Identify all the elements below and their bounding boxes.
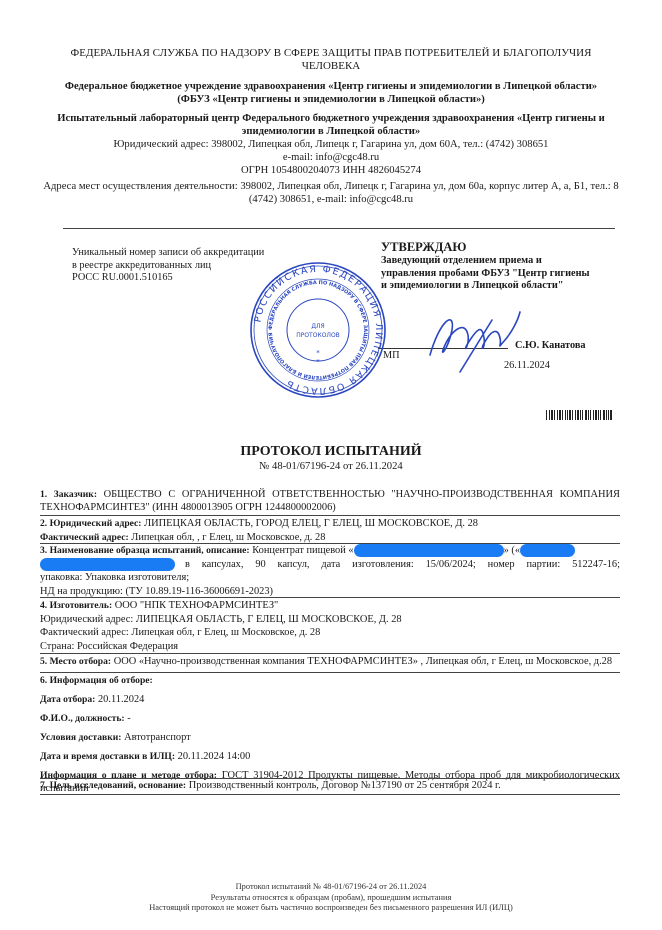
accreditation-number: РОСС RU.0001.510165	[72, 272, 264, 285]
official-stamp-icon: РОССИЙСКАЯ ФЕДЕРАЦИЯ ЛИПЕЦКАЯ ОБЛАСТЬ ФЕ…	[248, 260, 388, 400]
section-sampling-place: 5. Место отбора: ООО «Научно-производств…	[40, 655, 620, 669]
approval-block: УТВЕРЖДАЮ Заведующий отделением приема и…	[381, 240, 590, 293]
approval-line-2: управления пробами ФБУЗ "Центр гигиены	[381, 268, 590, 281]
institution-full-name: Федеральное бюджетное учреждение здравоо…	[40, 80, 622, 93]
sample-value-mid: » («	[504, 545, 520, 556]
section-divider	[40, 672, 620, 673]
purpose-label: 7. Цель исследований, основание:	[40, 780, 186, 791]
institution-short-name: (ФБУЗ «Центр гигиены и эпидемиологии в Л…	[40, 93, 622, 106]
manufacturer-legal-value: ЛИПЕЦКАЯ ОБЛАСТЬ, Г ЕЛЕЦ, Ш МОСКОВСКОЕ, …	[136, 614, 402, 625]
delivery-conditions-label: Условия доставки:	[40, 732, 121, 743]
institution-block: Федеральное бюджетное учреждение здравоо…	[40, 80, 622, 106]
section-divider	[40, 515, 620, 516]
sample-nd: НД на продукцию: (ТУ 10.89.19-116-360066…	[40, 585, 620, 599]
lab-block: Испытательный лабораторный центр Федерал…	[40, 112, 622, 177]
customer-label: 1. Заказчик:	[40, 489, 97, 500]
manufacturer-legal-label: Юридический адрес:	[40, 614, 133, 625]
sampling-place-value: ООО «Научно-производственная компания ТЕ…	[114, 656, 612, 667]
header-divider	[63, 228, 615, 229]
manufacturer-actual-label: Фактический адрес:	[40, 627, 129, 638]
sampling-info-label: 6. Информация об отборе:	[40, 674, 620, 687]
footer-reproduction-note: Настоящий протокол не может быть частичн…	[0, 903, 662, 914]
protocol-title: ПРОТОКОЛ ИСПЫТАНИЙ	[0, 443, 662, 460]
delivery-time-value: 20.11.2024 14:00	[178, 751, 251, 762]
section-divider	[40, 597, 620, 598]
sample-packaging: упаковка: Упаковка изготовителя;	[40, 571, 620, 585]
approval-title: УТВЕРЖДАЮ	[381, 240, 590, 255]
section-divider	[40, 794, 620, 795]
lab-legal-address: Юридический адрес: 398002, Липецкая обл,…	[40, 138, 622, 151]
delivery-conditions-value: Автотранспорт	[124, 732, 191, 743]
section-divider	[40, 778, 620, 779]
manufacturer-country-value: Российская Федерация	[77, 641, 178, 652]
section-customer: 1. Заказчик: ОБЩЕСТВО С ОГРАНИЧЕННОЙ ОТВ…	[40, 489, 620, 514]
manufacturer-value: ООО "НПК ТЕХНОФАРМСИНТЕЗ"	[115, 600, 279, 611]
accreditation-line-1: Уникальный номер записи об аккредитации	[72, 247, 264, 260]
actual-address-label: Фактический адрес:	[40, 532, 129, 543]
sampling-date-label: Дата отбора:	[40, 694, 95, 705]
footer-protocol-ref: Протокол испытаний № 48-01/67196-24 от 2…	[0, 882, 662, 893]
section-divider	[40, 653, 620, 654]
accreditation-block: Уникальный номер записи об аккредитации …	[72, 247, 264, 285]
handwritten-signature-icon	[420, 300, 530, 380]
footer-results-note: Результаты относятся к образцам (пробам)…	[0, 893, 662, 904]
redacted-product-alt-name	[520, 544, 575, 557]
activity-address: Адреса мест осуществления деятельности: …	[40, 180, 622, 206]
section-purpose: 7. Цель исследований, основание: Произво…	[40, 780, 620, 793]
svg-text:*: *	[316, 358, 320, 366]
barcode	[546, 410, 618, 420]
sample-value-start: Концентрат пищевой «	[252, 545, 353, 556]
agency-name: ФЕДЕРАЛЬНАЯ СЛУЖБА ПО НАДЗОРУ В СФЕРЕ ЗА…	[40, 47, 622, 73]
sampling-date-value: 20.11.2024	[98, 694, 144, 705]
lab-ogrn-inn: ОГРН 1054800204073 ИНН 4826045274	[40, 164, 622, 177]
stamp-center-line-2: ПРОТОКОЛОВ	[296, 332, 340, 339]
lab-email: e-mail: info@cgc48.ru	[40, 151, 622, 164]
lab-name: Испытательный лабораторный центр Федерал…	[40, 112, 622, 138]
approval-line-3: и эпидемиологии в Липецкой области"	[381, 280, 590, 293]
page-footer: Протокол испытаний № 48-01/67196-24 от 2…	[0, 882, 662, 914]
customer-value: ОБЩЕСТВО С ОГРАНИЧЕННОЙ ОТВЕТСТВЕННОСТЬЮ…	[40, 489, 620, 513]
sample-label: 3. Наименование образца испытаний, описа…	[40, 545, 250, 556]
manufacturer-country-label: Страна:	[40, 641, 74, 652]
svg-text:*: *	[316, 349, 320, 357]
redacted-product-name	[354, 544, 504, 557]
sampling-place-label: 5. Место отбора:	[40, 656, 111, 667]
redacted-product-name-cont	[40, 558, 175, 571]
legal-address-label: 2. Юридический адрес:	[40, 518, 141, 529]
legal-address-value: ЛИПЕЦКАЯ ОБЛАСТЬ, ГОРОД ЕЛЕЦ, Г ЕЛЕЦ, Ш …	[144, 518, 478, 529]
stamp-center-line-1: ДЛЯ	[311, 323, 324, 330]
actual-address-value: Липецкая обл, , г Елец, ш Московское, д.…	[131, 532, 325, 543]
section-legal-address: 2. Юридический адрес: ЛИПЕЦКАЯ ОБЛАСТЬ, …	[40, 517, 620, 545]
protocol-number: № 48-01/67196-24 от 26.11.2024	[0, 461, 662, 472]
section-manufacturer: 4. Изготовитель: ООО "НПК ТЕХНОФАРМСИНТЕ…	[40, 599, 620, 653]
sampler-value: -	[127, 713, 130, 724]
purpose-value: Производственный контроль, Договор №1371…	[189, 780, 501, 791]
manufacturer-actual-value: Липецкая обл, г Елец, ш Московское, д. 2…	[131, 627, 320, 638]
section-sampling-info: 6. Информация об отборе: Дата отбора: 20…	[40, 674, 620, 795]
delivery-time-label: Дата и время доставки в ИЛЦ:	[40, 751, 175, 762]
approval-line-1: Заведующий отделением приема и	[381, 255, 590, 268]
sampler-label: Ф.И.О., должность:	[40, 713, 125, 724]
sample-value-cont: в капсулах, 90 капсул, дата изготовления…	[185, 558, 620, 572]
accreditation-line-2: в реестре аккредитованных лиц	[72, 260, 264, 273]
manufacturer-label: 4. Изготовитель:	[40, 600, 112, 611]
section-sample: 3. Наименование образца испытаний, описа…	[40, 544, 620, 598]
